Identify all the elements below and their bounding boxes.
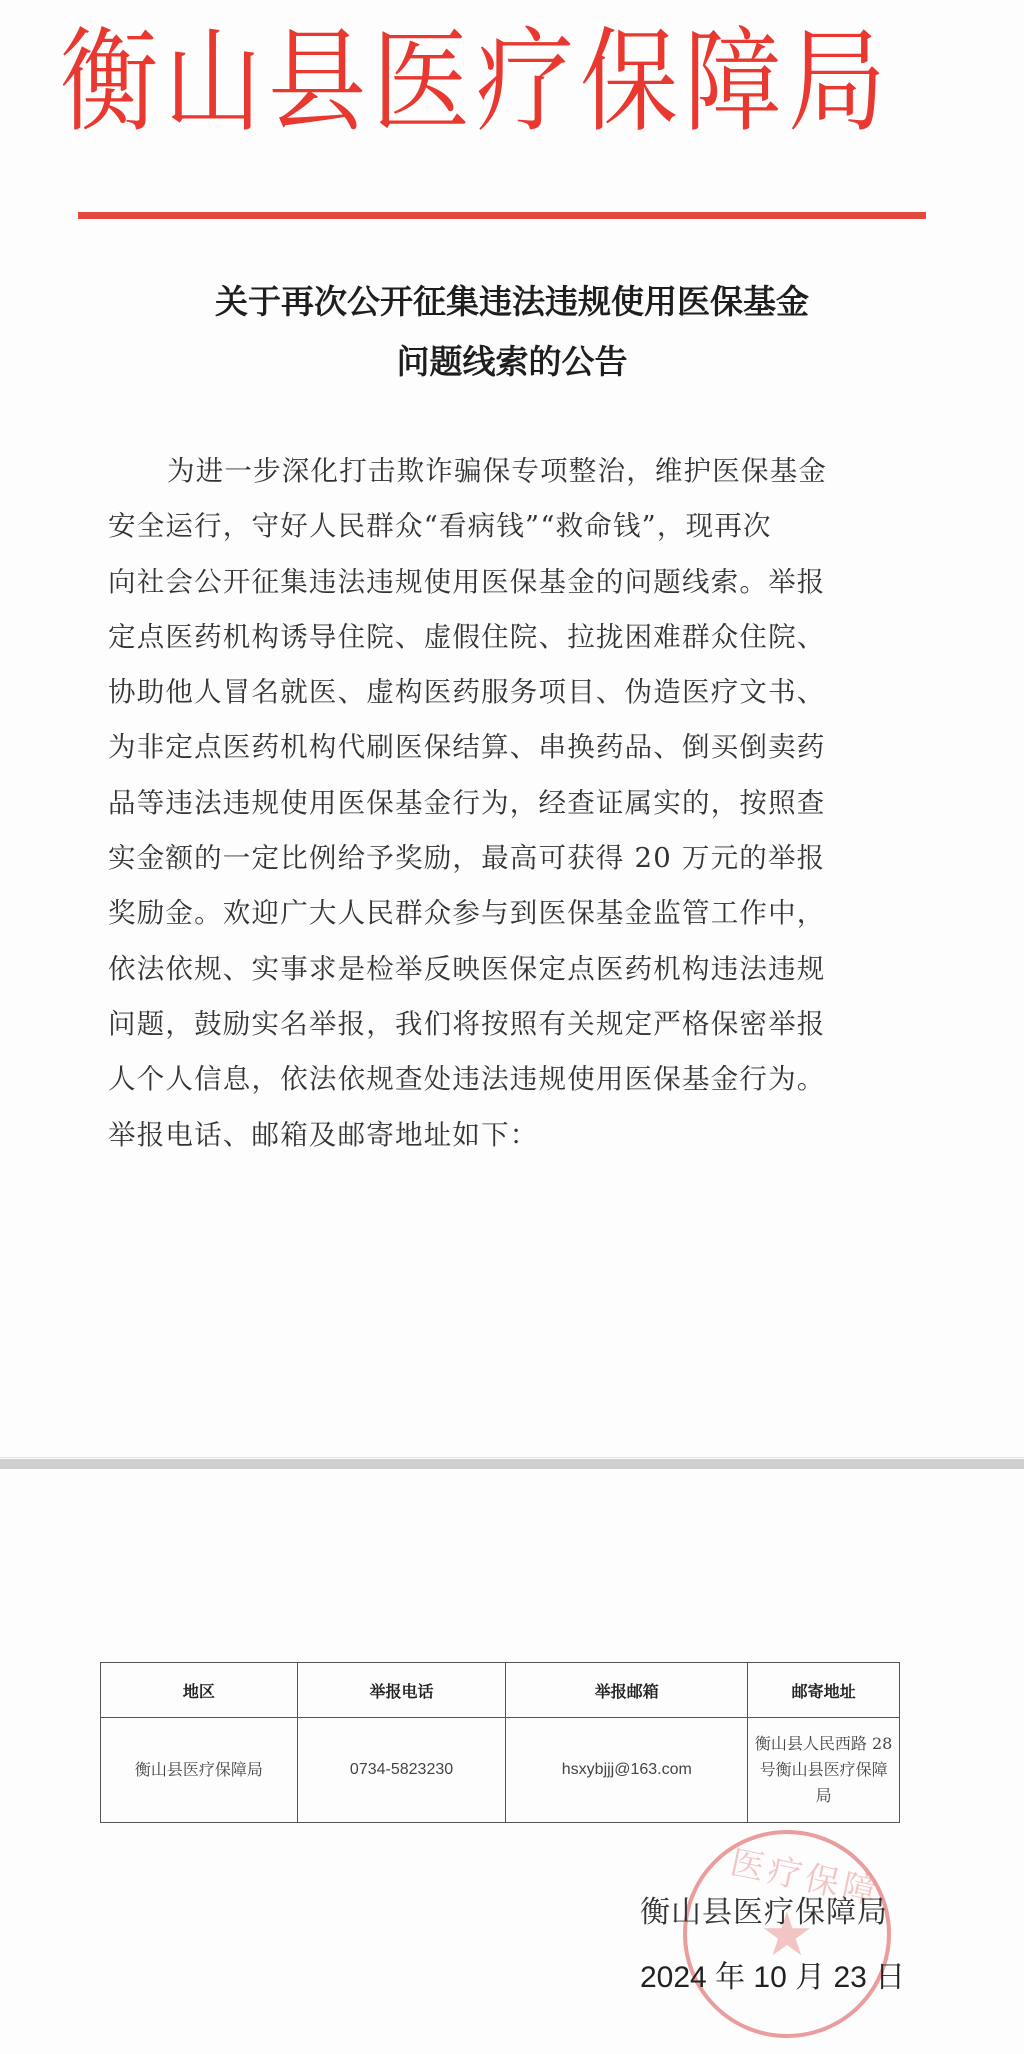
cell-address: 衡山县人民西路 28 号衡山县医疗保障 局 [748,1718,900,1823]
address-line: 局 [754,1783,893,1809]
body-line: 品等违法违规使用医保基金行为，经查证属实的，按照查 [108,776,916,831]
body-line: 依法依规、实事求是检举反映医保定点医药机构违法违规 [108,942,916,997]
document-title: 关于再次公开征集违法违规使用医保基金 问题线索的公告 [80,272,944,392]
column-header-address: 邮寄地址 [748,1663,900,1718]
column-header-phone: 举报电话 [297,1663,506,1718]
agency-letterhead: 衡山县医疗保障局 [60,8,960,158]
document-title-line-1: 关于再次公开征集违法违规使用医保基金 [80,272,944,332]
body-line: 为进一步深化打击欺诈骗保专项整治，维护医保基金 [108,444,916,499]
body-line: 向社会公开征集违法违规使用医保基金的问题线索。举报 [108,555,916,610]
announcement-body: 为进一步深化打击欺诈骗保专项整治，维护医保基金 安全运行，守好人民群众“看病钱”… [108,444,916,1163]
body-line: 安全运行，守好人民群众“看病钱”“救命钱”，现再次 [108,499,916,554]
cell-phone: 0734-5823230 [297,1718,506,1823]
body-line: 举报电话、邮箱及邮寄地址如下： [108,1108,916,1163]
table-header-row: 地区 举报电话 举报邮箱 邮寄地址 [101,1663,900,1718]
cell-email: hsxybjjj@163.com [506,1718,748,1823]
page-separator-edge [0,1457,1024,1458]
page-separator [0,1459,1024,1469]
contact-table: 地区 举报电话 举报邮箱 邮寄地址 衡山县医疗保障局 0734-5823230 … [100,1662,900,1823]
body-line: 为非定点医药机构代刷医保结算、串换药品、倒买倒卖药 [108,720,916,775]
column-header-email: 举报邮箱 [506,1663,748,1718]
address-line: 衡山县人民西路 28 [754,1731,893,1757]
body-line: 奖励金。欢迎广大人民群众参与到医保基金监管工作中， [108,886,916,941]
cell-region: 衡山县医疗保障局 [101,1718,298,1823]
body-line: 协助他人冒名就医、虚构医药服务项目、伪造医疗文书、 [108,665,916,720]
body-line: 实金额的一定比例给予奖励，最高可获得 20 万元的举报 [108,831,916,886]
body-line: 人个人信息，依法依规查处违法违规使用医保基金行为。 [108,1052,916,1107]
document-title-line-2: 问题线索的公告 [80,332,944,392]
signing-organization: 衡山县医疗保障局 [640,1893,888,1933]
signing-date: 2024 年 10 月 23 日 [640,1958,905,1998]
body-line: 问题，鼓励实名举报，我们将按照有关规定严格保密举报 [108,997,916,1052]
address-line: 号衡山县医疗保障 [754,1757,893,1783]
column-header-region: 地区 [101,1663,298,1718]
body-line: 定点医药机构诱导住院、虚假住院、拉拢困难群众住院、 [108,610,916,665]
table-row: 衡山县医疗保障局 0734-5823230 hsxybjjj@163.com 衡… [101,1718,900,1823]
red-divider-line [78,212,926,219]
